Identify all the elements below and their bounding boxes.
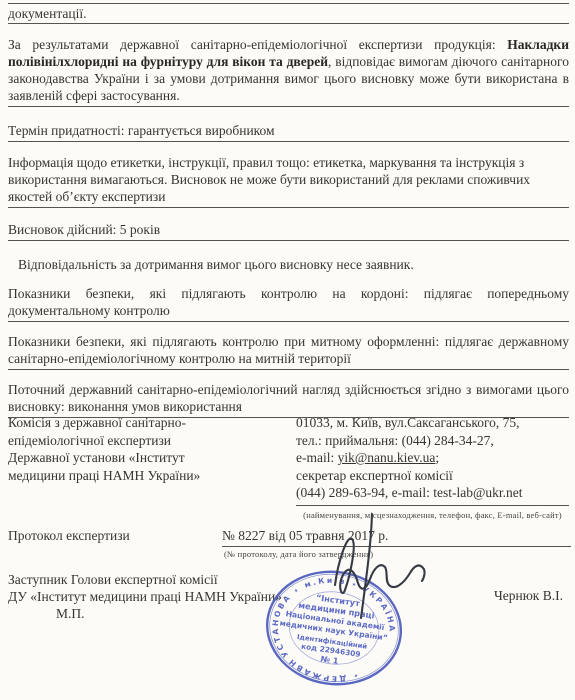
expertise-result-paragraph: За результатами державної санітарно-епід… xyxy=(8,36,569,107)
label-info-paragraph: Інформація щодо етикетки, інструкції, пр… xyxy=(8,154,569,208)
shelf-life-text: Термін придатності: гарантується виробни… xyxy=(8,123,275,138)
previous-paragraph-fragment: документації. xyxy=(8,4,569,24)
customs-control-text: Показники безпеки, які підлягають контро… xyxy=(8,334,569,366)
current-supervision-paragraph: Поточний державний санітарно-епідеміолог… xyxy=(8,381,569,418)
commission-name-line: Державної установи «Інститут xyxy=(8,449,296,467)
responsibility-text: Відповідальність за дотримання вимог цьо… xyxy=(18,257,414,272)
commission-email: yik@nanu.kiev.ua xyxy=(338,450,436,465)
border-control-text: Показники безпеки, які підлягають контро… xyxy=(8,286,569,318)
border-control-paragraph: Показники безпеки, які підлягають контро… xyxy=(8,285,569,322)
document-page: документації. За результатами державної … xyxy=(0,0,575,700)
handwritten-signature xyxy=(295,500,445,630)
commission-block: Комісія з державної санітарно- епідеміол… xyxy=(8,414,569,525)
commission-name-line: медицини праці НАМН України» xyxy=(8,467,296,485)
commission-name-line: Комісія з державної санітарно- xyxy=(8,414,296,432)
protocol-label: Протокол експертизи xyxy=(8,528,222,559)
customs-control-paragraph: Показники безпеки, які підлягають контро… xyxy=(8,333,569,370)
result-prefix: За результатами державної санітарно-епід… xyxy=(8,37,507,52)
validity-line: Висновок дійсний: 5 років xyxy=(8,221,569,241)
stamp-center-line: № 1 xyxy=(320,654,339,665)
commission-contact-lines: 01033, м. Київ, вул.Саксаганського, 75, … xyxy=(296,414,569,506)
fragment-text: документації. xyxy=(8,6,86,21)
shelf-life-line: Термін придатності: гарантується виробни… xyxy=(8,122,569,142)
commission-email-line: e-mail: yik@nanu.kiev.ua; xyxy=(296,449,569,467)
signer-name: Чернюк В.І. xyxy=(494,588,563,605)
commission-name: Комісія з державної санітарно- епідеміол… xyxy=(8,414,296,525)
label-info-text: Інформація щодо етикетки, інструкції, пр… xyxy=(8,155,530,204)
email-label: e-mail: xyxy=(296,450,338,465)
protocol-block: Протокол експертизи № 8227 від 05 травня… xyxy=(8,528,571,559)
commission-address: 01033, м. Київ, вул.Саксаганського, 75, xyxy=(296,414,569,432)
commission-phone: тел.: приймальня: (044) 284-34-27, xyxy=(296,432,569,450)
commission-name-line: епідеміологічної експертизи xyxy=(8,432,296,450)
current-supervision-text: Поточний державний санітарно-епідеміолог… xyxy=(8,382,569,414)
validity-text: Висновок дійсний: 5 років xyxy=(8,222,160,237)
commission-secretary: секретар експертної комісії xyxy=(296,467,569,485)
responsibility-line: Відповідальність за дотримання вимог цьо… xyxy=(8,256,569,273)
email-suffix: ; xyxy=(435,450,439,465)
